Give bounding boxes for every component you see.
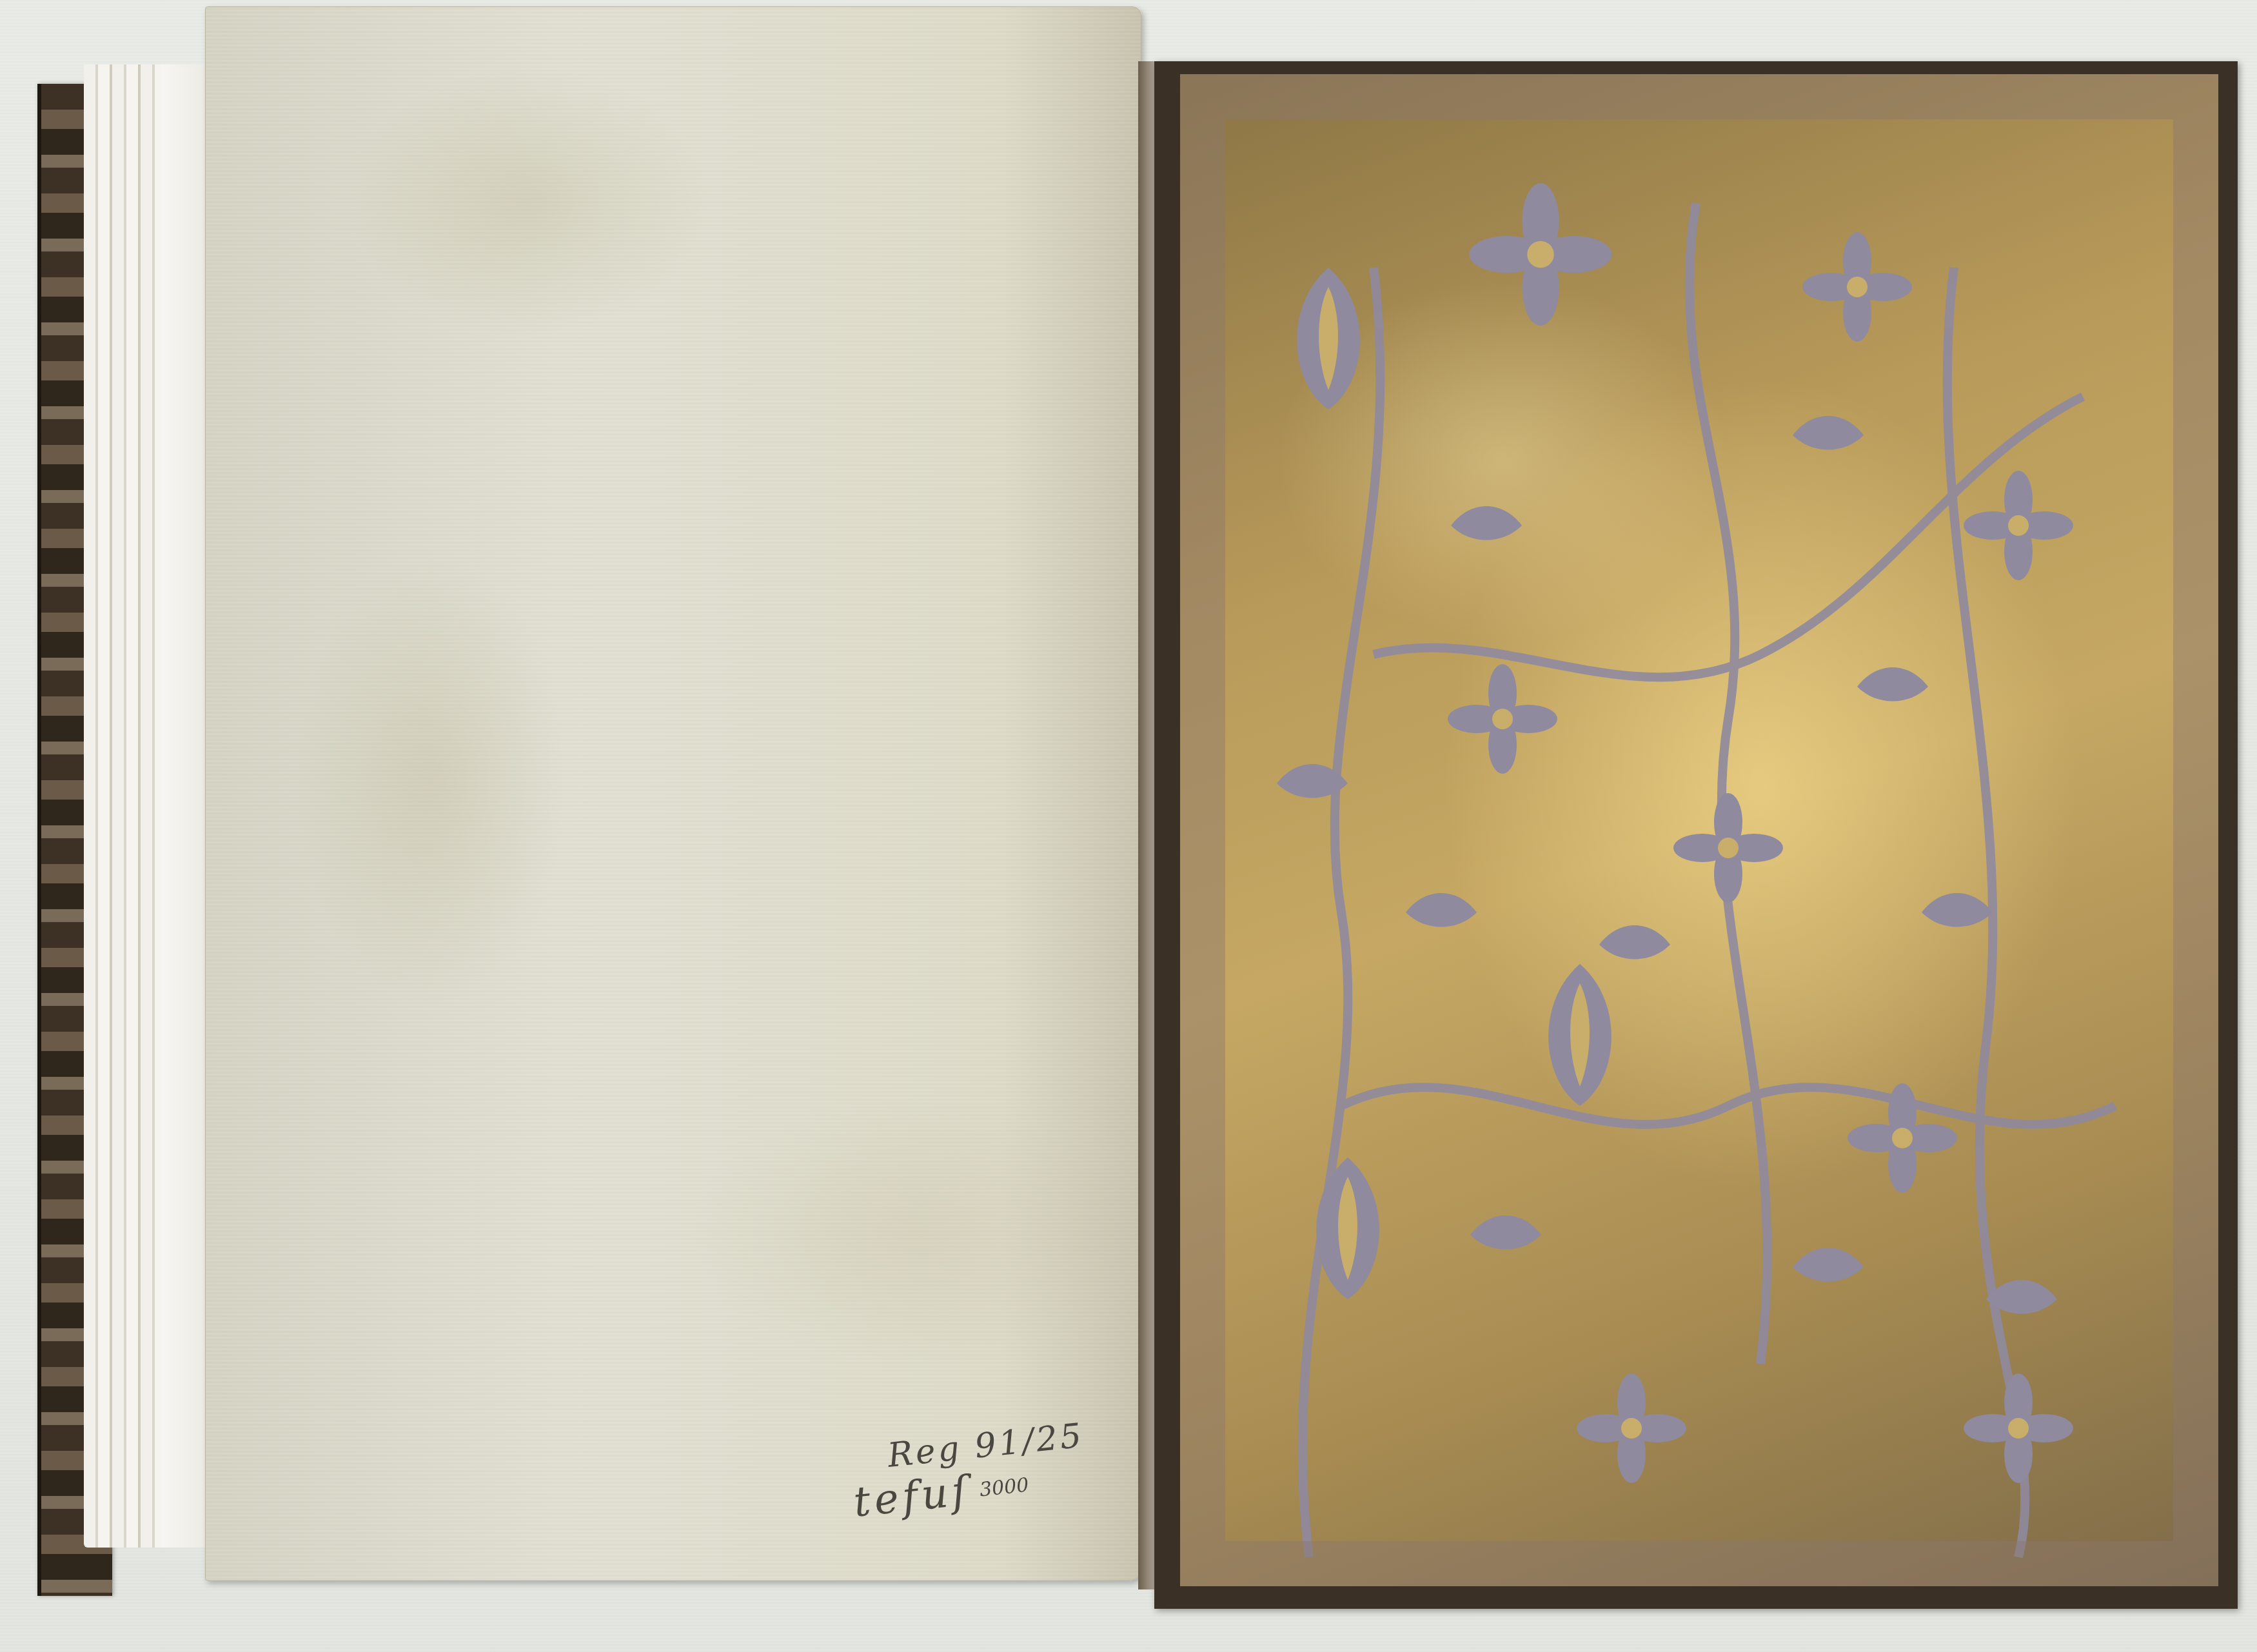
floral-pattern-icon — [1180, 74, 2218, 1586]
note-superscript: 3000 — [978, 1474, 1030, 1502]
blank-flyleaf-page — [205, 6, 1141, 1581]
gilt-floral-pastedown — [1180, 74, 2218, 1586]
page-block-fore-edge — [84, 64, 206, 1548]
